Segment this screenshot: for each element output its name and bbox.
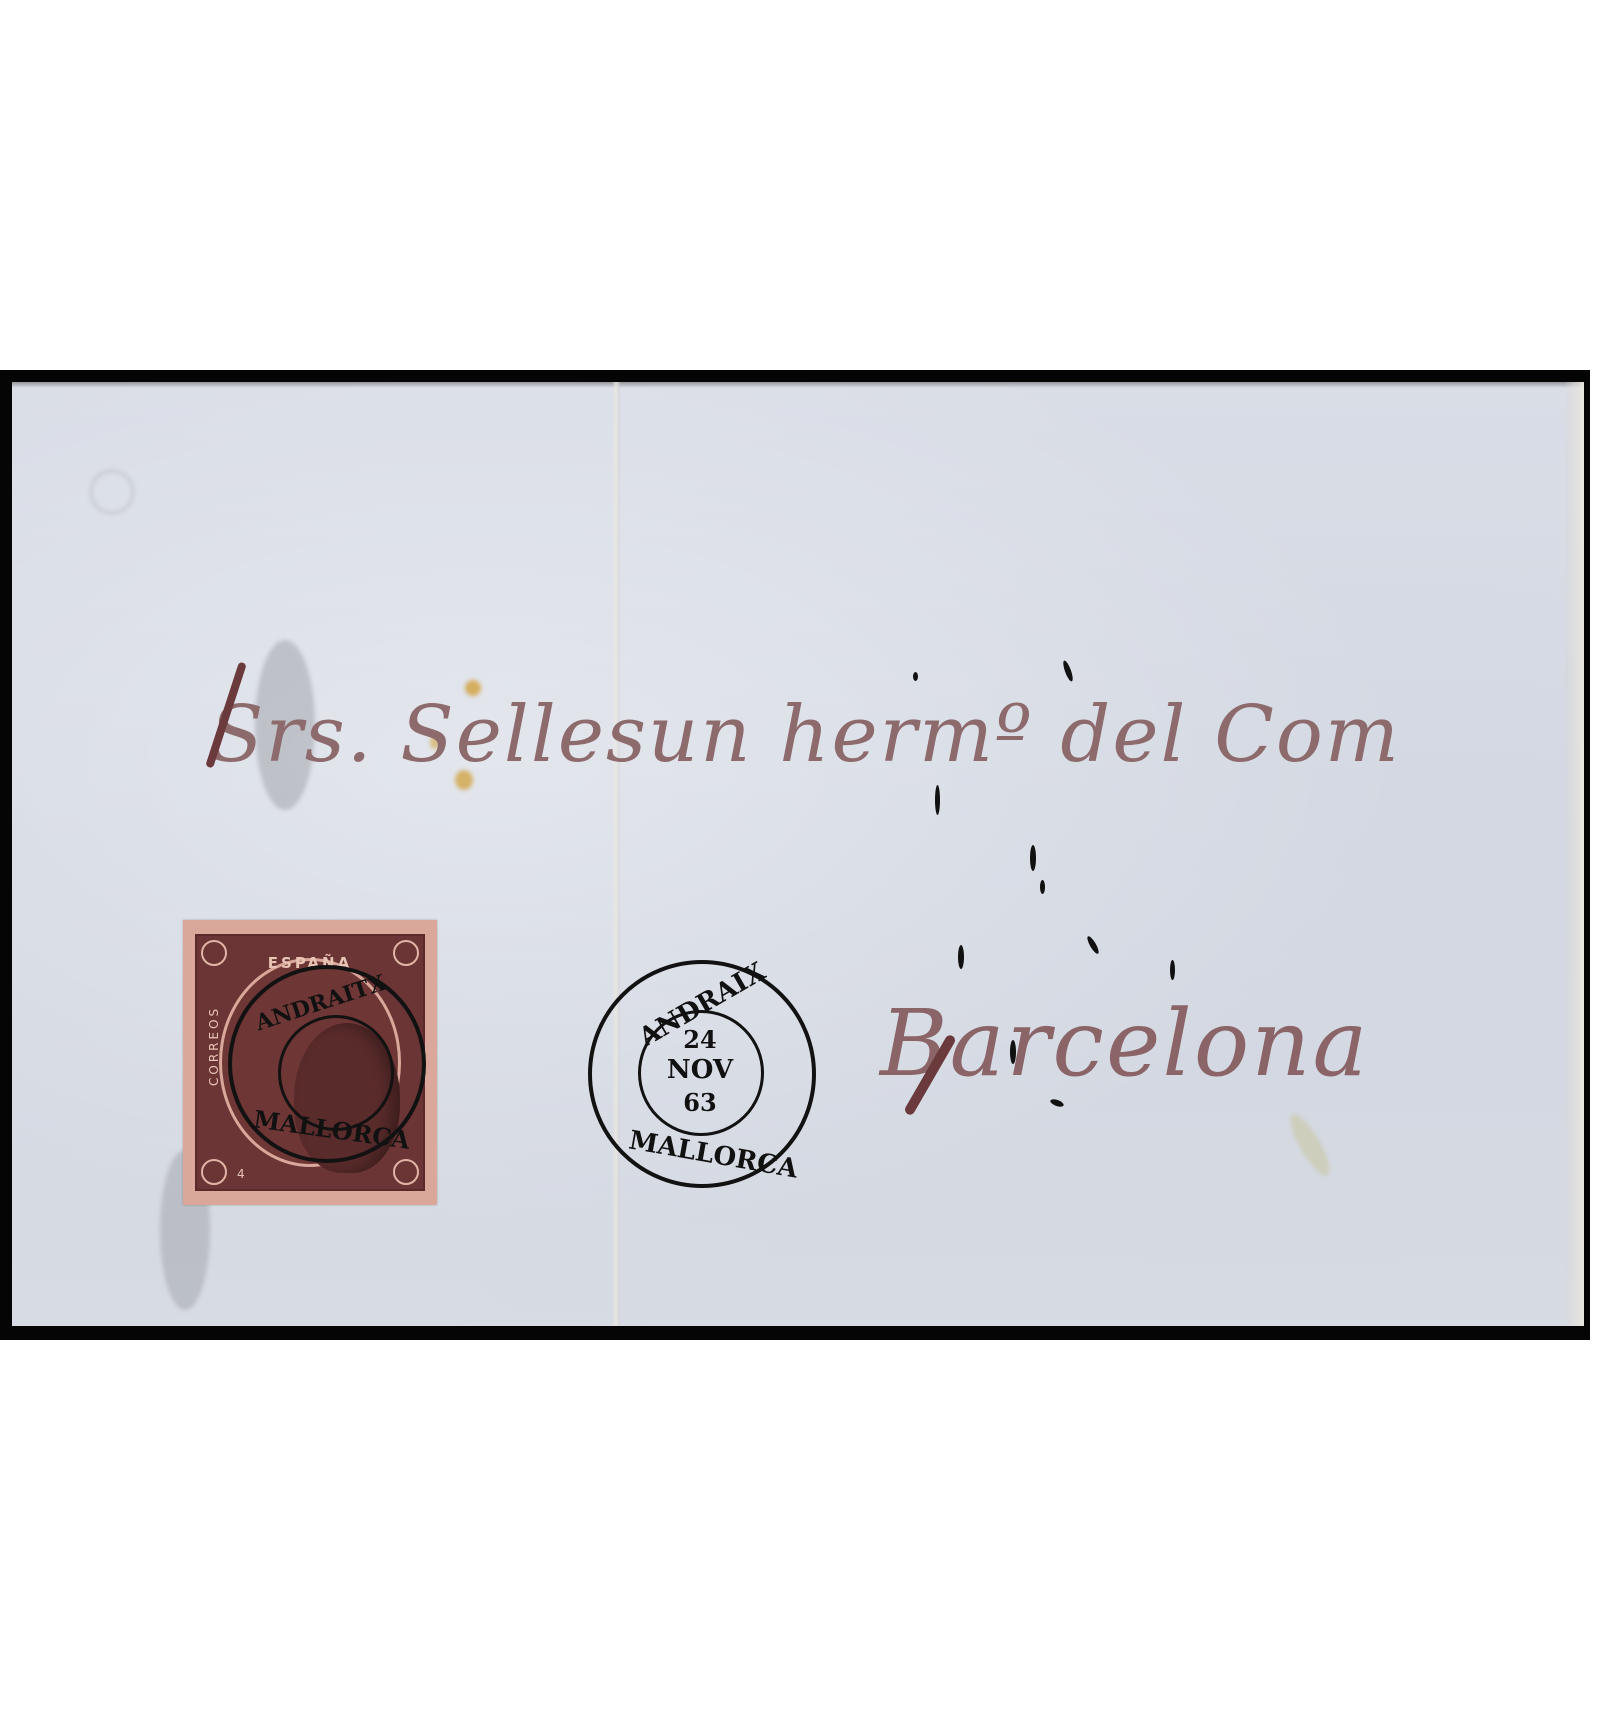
faint-circle — [90, 470, 134, 514]
ink-speck — [958, 945, 964, 969]
stamp-corner-ornament — [393, 1159, 419, 1185]
ink-speck — [1040, 880, 1045, 894]
ink-speck — [935, 785, 940, 815]
stamp-corner-ornament — [201, 1159, 227, 1185]
postmark-month: NOV — [665, 1055, 735, 1085]
ink-speck — [1170, 960, 1175, 980]
ink-speck — [913, 672, 918, 681]
paper-top-edge — [12, 382, 1584, 388]
postage-stamp: ESPAÑA CORREOS 4 ANDRAITX MALLORCA — [183, 920, 437, 1205]
postmark-year: 63 — [680, 1088, 720, 1117]
stamp-inscription: CORREOS — [207, 1006, 221, 1086]
stamp-corner-ornament — [201, 940, 227, 966]
ink-speck — [1010, 1040, 1016, 1064]
fold-line — [612, 382, 620, 1326]
ink-speck — [1030, 845, 1036, 871]
address-line-1: Srs. Sellesun hermº del Com — [210, 690, 1401, 780]
postmark-day: 24 — [680, 1025, 720, 1054]
stamp-value: 4 — [237, 1167, 248, 1181]
stamp-corner-ornament — [393, 940, 419, 966]
paper-right-edge — [1566, 382, 1584, 1326]
